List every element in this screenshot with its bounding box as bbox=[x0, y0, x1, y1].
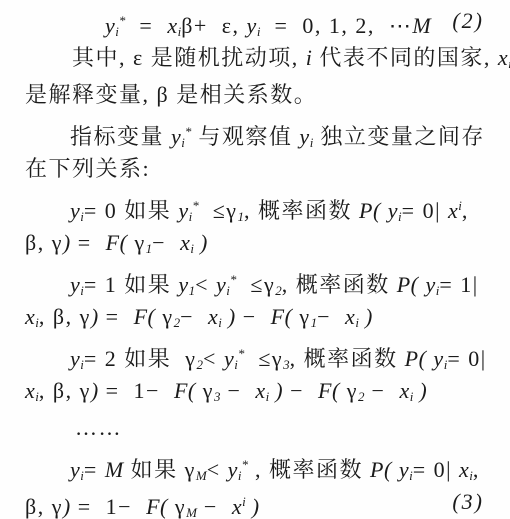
text-run: = 0| bbox=[447, 346, 486, 371]
text-line-1: yi* = xiβ+ ε, yi = 0, 1, 2, ⋯M(2) bbox=[0, 2, 510, 39]
text-run: = 0| bbox=[413, 457, 459, 482]
math-run: y bbox=[70, 198, 80, 223]
document-body: yi* = xiβ+ ε, yi = 0, 1, 2, ⋯M(2)其中, ε 是… bbox=[0, 2, 510, 519]
math-run: y bbox=[216, 272, 226, 297]
math-run: F( bbox=[174, 378, 196, 403]
math-run: ) bbox=[222, 304, 236, 329]
text-run: = 1| bbox=[439, 272, 478, 297]
math-run: P( bbox=[397, 272, 419, 297]
text-run: 其中, ε 是随机扰动项, bbox=[72, 45, 306, 70]
text-run: γ bbox=[196, 378, 214, 403]
math-run: y bbox=[70, 272, 80, 297]
text-run: …… bbox=[75, 415, 129, 440]
text-line-8: yi= 1 如果 y1< yi* ≤γ2, 概率函数 P( yi= 1| bbox=[0, 261, 510, 298]
paper-page: yi* = xiβ+ ε, yi = 0, 1, 2, ⋯M(2)其中, ε 是… bbox=[0, 0, 510, 519]
text-run: , bbox=[462, 198, 469, 223]
math-run: P( bbox=[370, 457, 392, 482]
text-run: ≤γ bbox=[199, 198, 238, 223]
math-run: ) bbox=[246, 494, 260, 519]
math-run: x bbox=[459, 457, 469, 482]
text-run: − bbox=[365, 378, 400, 403]
text-run: = 1− bbox=[99, 378, 174, 403]
text-run: = 1− bbox=[71, 494, 146, 519]
math-run: x bbox=[208, 304, 218, 329]
text-run: − bbox=[236, 304, 271, 329]
text-run: − bbox=[197, 494, 232, 519]
text-run: , bbox=[473, 457, 480, 482]
text-run: = bbox=[99, 304, 134, 329]
math-run: y bbox=[228, 457, 238, 482]
text-run: , β, γ bbox=[39, 378, 91, 403]
math-run: F( bbox=[106, 230, 128, 255]
text-run: β+ ε, bbox=[181, 13, 246, 38]
math-run: P( bbox=[405, 346, 427, 371]
math-run: x bbox=[25, 304, 35, 329]
math-run: y bbox=[388, 198, 398, 223]
math-run: y bbox=[224, 346, 234, 371]
math-run: ) bbox=[63, 494, 71, 519]
math-run: F( bbox=[318, 378, 340, 403]
equation-number: (2) bbox=[452, 2, 484, 39]
text-line-4: 指标变量 yi* 与观察值 yi 独立变量之间存 bbox=[0, 113, 510, 150]
math-run: y bbox=[70, 457, 80, 482]
text-line-3: 是解释变量, β 是相关系数。 bbox=[0, 76, 510, 113]
math-run: y bbox=[171, 124, 181, 149]
math-run: y bbox=[299, 124, 309, 149]
math-run: P( bbox=[359, 198, 381, 223]
math-run: ) bbox=[91, 304, 99, 329]
text-line-9: xi, β, γ) = F( γ2− xi ) − F( γ1− xi ) bbox=[0, 298, 510, 335]
text-run: ≤γ bbox=[244, 346, 283, 371]
math-run: M bbox=[196, 468, 207, 483]
text-run: , 概率函数 bbox=[282, 272, 397, 297]
math-run: M bbox=[412, 13, 431, 38]
math-run: ) bbox=[359, 304, 373, 329]
text-line-12: …… bbox=[0, 409, 510, 446]
math-run: ) bbox=[413, 378, 427, 403]
text-line-2: 其中, ε 是随机扰动项, i 代表不同的国家, xi bbox=[0, 39, 510, 76]
math-run: ) bbox=[91, 378, 99, 403]
text-run: γ bbox=[292, 304, 310, 329]
math-run: x bbox=[399, 378, 409, 403]
math-run: y bbox=[105, 13, 115, 38]
text-run: β, γ bbox=[25, 494, 63, 519]
text-run: = 0| bbox=[402, 198, 448, 223]
text-run: γ bbox=[127, 230, 145, 255]
text-line-14: β, γ) = 1− F( γM − xi )(3) bbox=[0, 483, 510, 519]
math-run: M bbox=[186, 505, 197, 519]
text-run: = bbox=[84, 457, 105, 482]
text-run: γ bbox=[168, 494, 186, 519]
text-run: < bbox=[203, 346, 224, 371]
text-run: = bbox=[125, 13, 167, 38]
text-run: 独立变量之间存 bbox=[313, 124, 485, 149]
text-run bbox=[392, 457, 399, 482]
text-line-7: β, γ) = F( γ1− xi ) bbox=[0, 224, 510, 261]
text-run bbox=[381, 198, 388, 223]
text-run: − bbox=[220, 378, 255, 403]
math-run: x bbox=[255, 378, 265, 403]
text-run: < bbox=[207, 457, 228, 482]
math-run: ) bbox=[269, 378, 283, 403]
math-run: y bbox=[247, 13, 257, 38]
text-run: = bbox=[71, 230, 106, 255]
text-run: 如果 γ bbox=[124, 457, 196, 482]
math-run: y bbox=[70, 346, 80, 371]
math-run: F( bbox=[134, 304, 156, 329]
math-run: x bbox=[180, 230, 190, 255]
text-run: = 1 如果 bbox=[84, 272, 178, 297]
equation-number: (3) bbox=[452, 483, 484, 519]
math-run: x bbox=[345, 304, 355, 329]
text-run: = 2 如果 γ bbox=[84, 346, 197, 371]
text-run: γ bbox=[155, 304, 173, 329]
text-run: , 概率函数 bbox=[244, 198, 359, 223]
math-run: y bbox=[425, 272, 435, 297]
text-run: , β, γ bbox=[39, 304, 91, 329]
math-run: ) bbox=[194, 230, 208, 255]
text-run: 是解释变量, β 是相关系数。 bbox=[25, 82, 317, 107]
text-line-6: yi= 0 如果 yi* ≤γ1, 概率函数 P( yi= 0| xi, bbox=[0, 187, 510, 224]
text-run: − bbox=[180, 304, 208, 329]
math-run: x bbox=[25, 378, 35, 403]
math-run: y bbox=[433, 346, 443, 371]
math-run: x bbox=[498, 45, 508, 70]
text-run: − bbox=[152, 230, 180, 255]
math-run: y bbox=[399, 457, 409, 482]
math-run: y bbox=[178, 198, 188, 223]
text-run: 与观察值 bbox=[191, 124, 299, 149]
math-run: M bbox=[105, 457, 124, 482]
text-run: − bbox=[317, 304, 345, 329]
math-run: ) bbox=[63, 230, 71, 255]
text-run: 在下列关系: bbox=[25, 156, 150, 181]
text-run: = 0 如果 bbox=[84, 198, 178, 223]
math-run: F( bbox=[146, 494, 168, 519]
text-run: , 概率函数 bbox=[290, 346, 405, 371]
text-run: , 概率函数 bbox=[248, 457, 370, 482]
math-run: x bbox=[167, 13, 177, 38]
text-line-11: xi, β, γ) = 1− F( γ3 − xi ) − F( γ2 − xi… bbox=[0, 372, 510, 409]
math-run: x bbox=[232, 494, 242, 519]
math-run: y bbox=[178, 272, 188, 297]
text-run: ≤γ bbox=[236, 272, 275, 297]
text-run: 指标变量 bbox=[70, 124, 171, 149]
math-run: x bbox=[448, 198, 458, 223]
text-line-5: 在下列关系: bbox=[0, 150, 510, 187]
text-run: = 0, 1, 2, ⋯ bbox=[260, 13, 412, 38]
text-run: β, γ bbox=[25, 230, 63, 255]
math-run: F( bbox=[271, 304, 293, 329]
text-run: − bbox=[283, 378, 318, 403]
text-line-10: yi= 2 如果 γ2< yi* ≤γ3, 概率函数 P( yi= 0| bbox=[0, 335, 510, 372]
text-run: 代表不同的国家, bbox=[312, 45, 498, 70]
text-run: < bbox=[195, 272, 216, 297]
text-line-13: yi= M 如果 γM< yi* , 概率函数 P( yi= 0| xi, bbox=[0, 446, 510, 483]
text-run: γ bbox=[340, 378, 358, 403]
